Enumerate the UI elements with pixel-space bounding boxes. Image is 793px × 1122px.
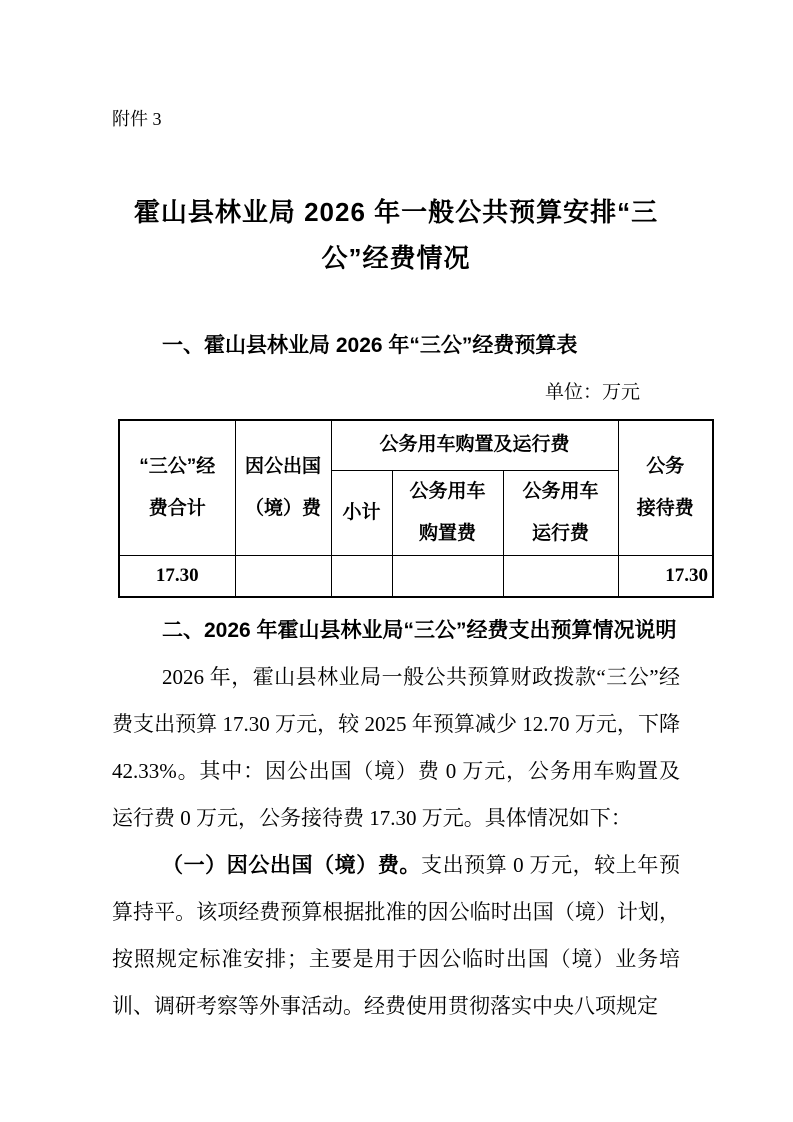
section-2-heading: 二、2026 年霍山县林业局“三公”经费支出预算情况说明 — [112, 607, 680, 654]
paragraph-abroad-body: 支出预算 0 万元，较上年预算持平。该项经费预算根据批准的因公临时出国（境）计划… — [112, 853, 680, 1018]
value-subtotal — [331, 555, 392, 597]
paragraph-abroad-lead: （一）因公出国（境）费。 — [162, 853, 421, 877]
column-header-vehicle-group: 公务用车购置及运行费 — [331, 420, 618, 470]
unit-label: 单位：万元 — [112, 379, 680, 407]
column-header-total: “三公”经 费合计 — [119, 420, 235, 555]
paragraph-overview: 2026 年，霍山县林业局一般公共预算财政拨款“三公”经费支出预算 17.30 … — [112, 654, 680, 842]
section-1-heading: 一、霍山县林业局 2026 年“三公”经费预算表 — [112, 329, 680, 363]
value-operation — [503, 555, 618, 597]
column-header-reception: 公务 接待费 — [618, 420, 713, 555]
column-header-subtotal: 小计 — [331, 470, 392, 555]
table-header-row-1: “三公”经 费合计 因公出国 （境）费 公务用车购置及运行费 公务 接待费 — [119, 420, 713, 470]
attachment-label: 附件 3 — [112, 103, 680, 135]
budget-table: “三公”经 费合计 因公出国 （境）费 公务用车购置及运行费 公务 接待费 小计… — [118, 419, 714, 598]
document-title: 霍山县林业局 2026 年一般公共预算安排“三公”经费情况 — [112, 189, 680, 281]
column-header-purchase: 公务用车 购置费 — [392, 470, 503, 555]
value-abroad — [235, 555, 331, 597]
value-total: 17.30 — [119, 555, 235, 597]
column-header-operation: 公务用车 运行费 — [503, 470, 618, 555]
value-reception: 17.30 — [618, 555, 713, 597]
column-header-abroad: 因公出国 （境）费 — [235, 420, 331, 555]
document-page: 附件 3 霍山县林业局 2026 年一般公共预算安排“三公”经费情况 一、霍山县… — [0, 0, 793, 1122]
value-purchase — [392, 555, 503, 597]
paragraph-abroad: （一）因公出国（境）费。支出预算 0 万元，较上年预算持平。该项经费预算根据批准… — [112, 842, 680, 1030]
table-data-row: 17.30 17.30 — [119, 555, 713, 597]
